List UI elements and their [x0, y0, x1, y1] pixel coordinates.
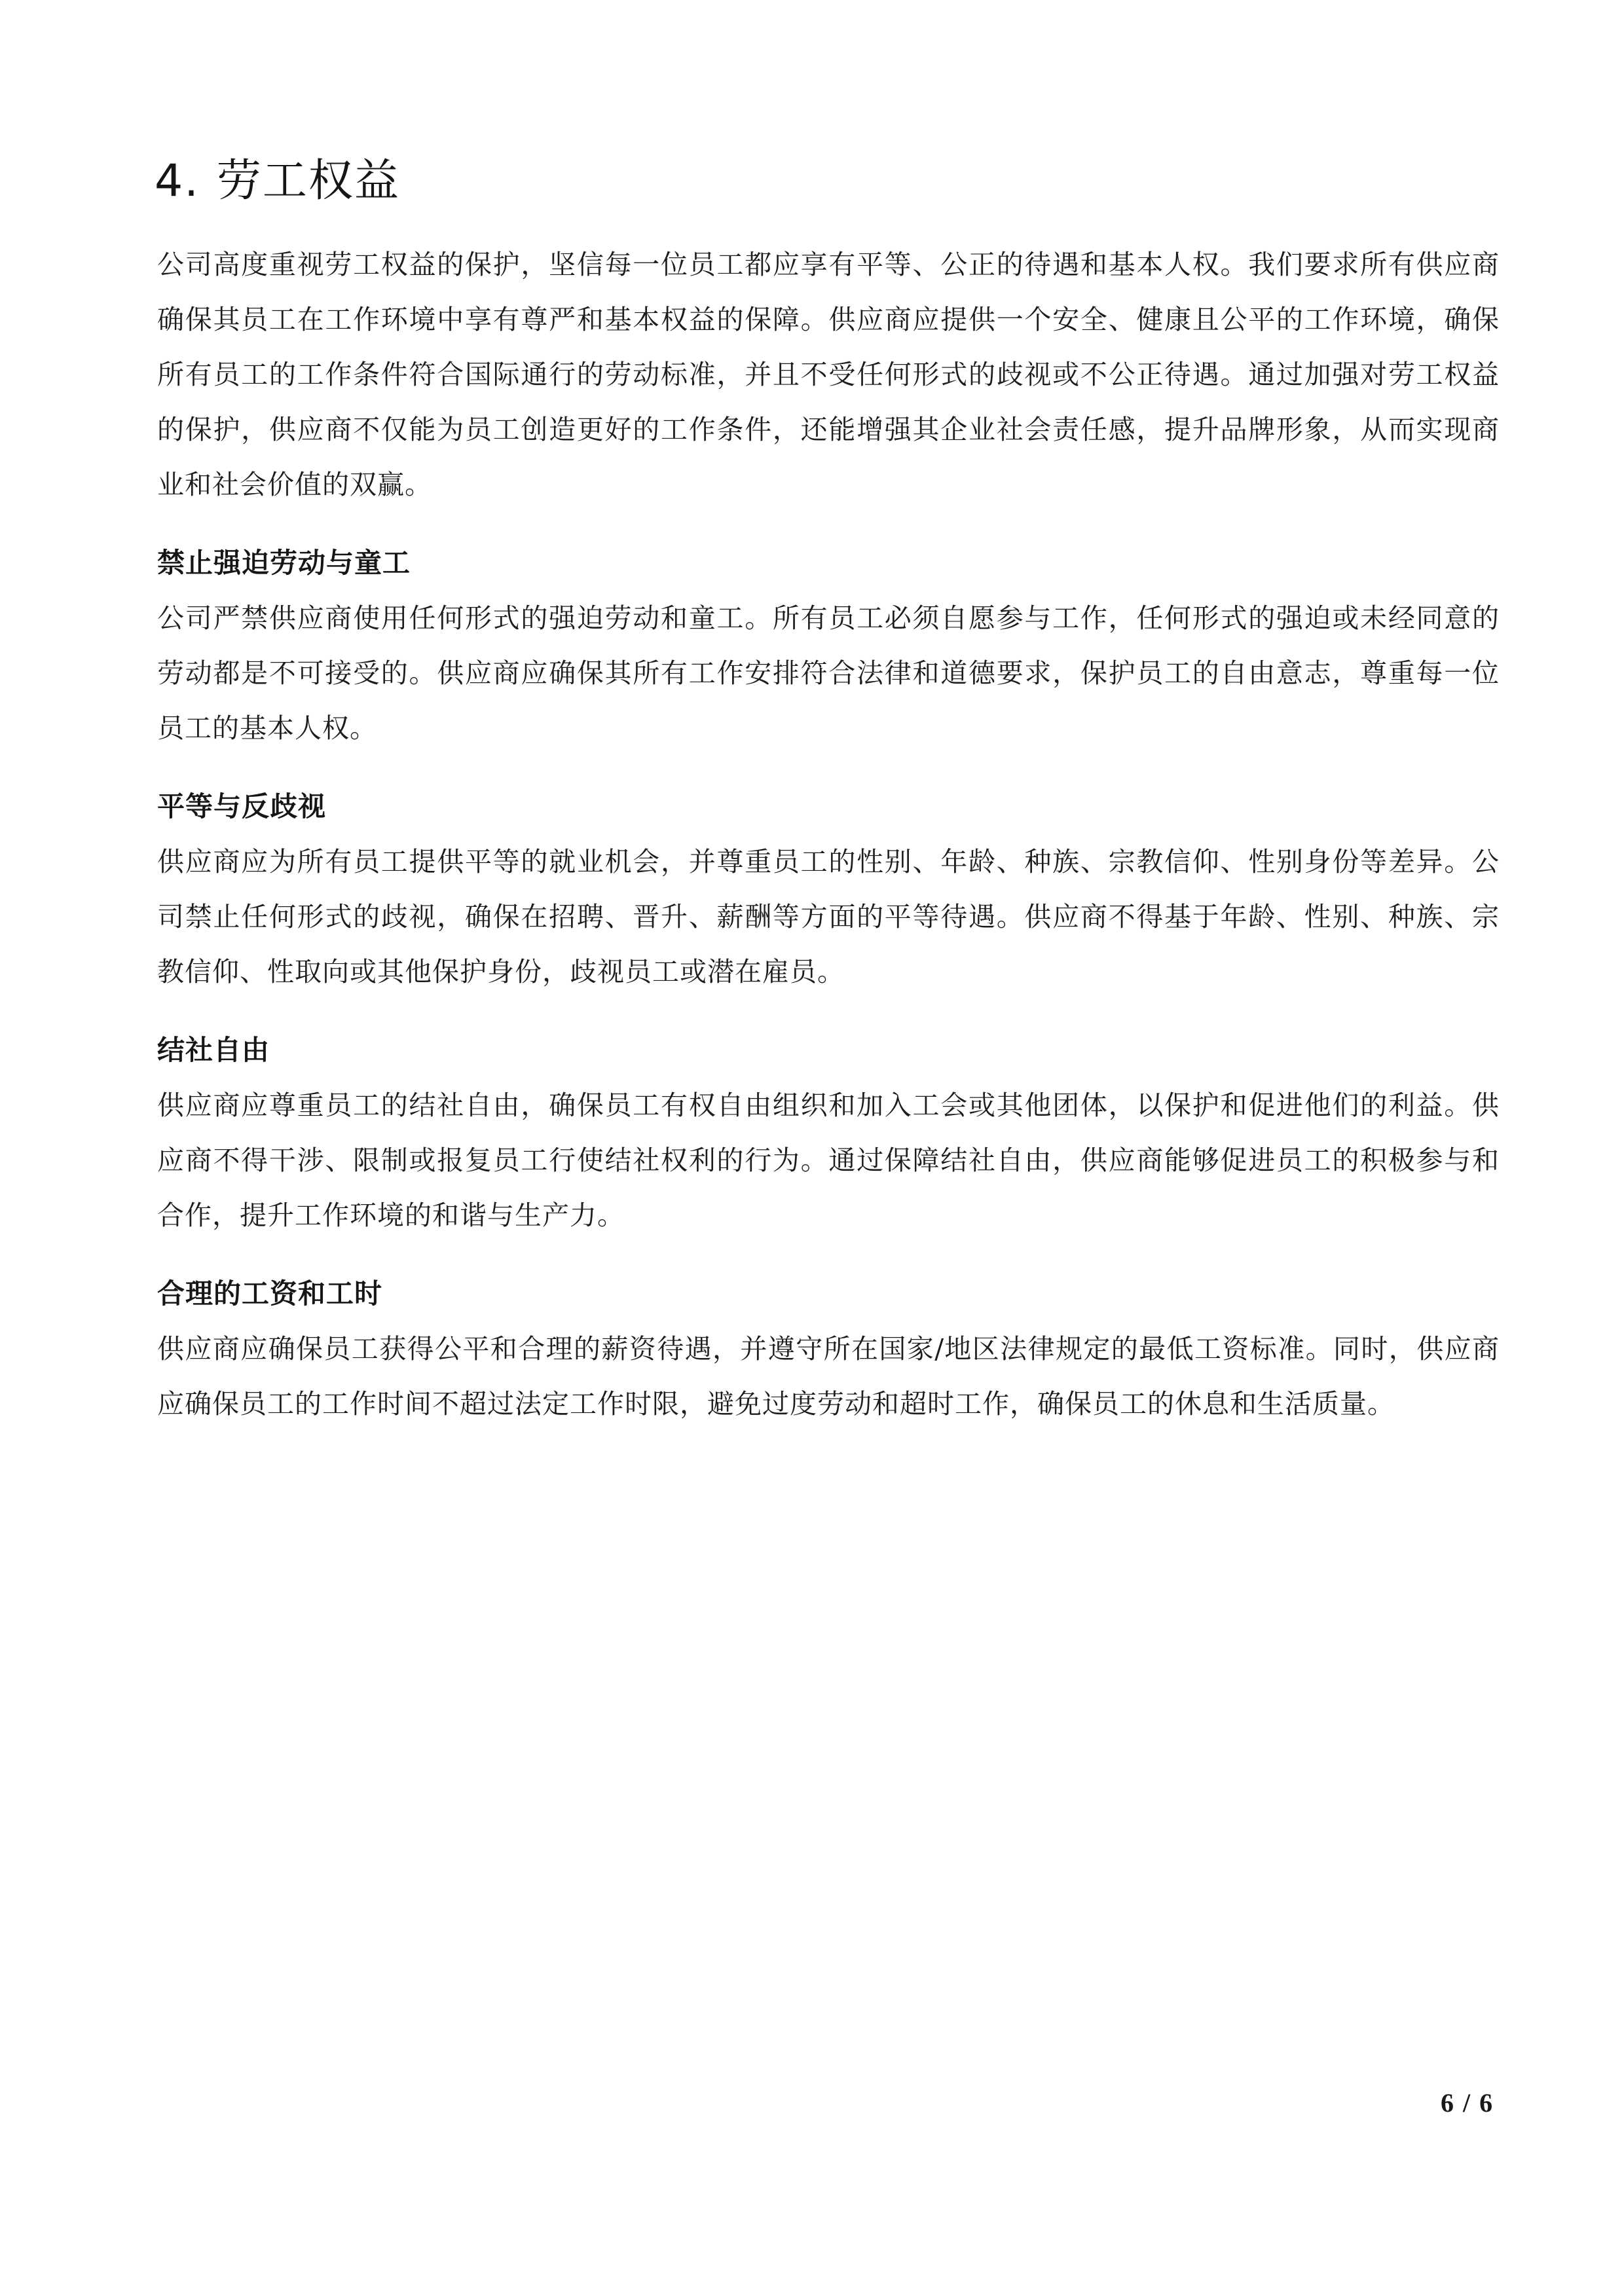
subsection-heading: 禁止强迫劳动与童工 — [157, 536, 1500, 591]
subsection-body: 公司严禁供应商使用任何形式的强迫劳动和童工。所有员工必须自愿参与工作，任何形式的… — [157, 591, 1500, 756]
subsection-heading: 合理的工资和工时 — [157, 1266, 1500, 1321]
subsection-heading: 结社自由 — [157, 1023, 1500, 1078]
subsection-heading: 平等与反歧视 — [157, 779, 1500, 834]
subsection-body: 供应商应尊重员工的结社自由，确保员工有权自由组织和加入工会或其他团体，以保护和促… — [157, 1078, 1500, 1243]
section-number: 4. — [155, 155, 200, 207]
section-title-text: 劳工权益 — [217, 155, 400, 207]
subsection-forced-labor: 禁止强迫劳动与童工 公司严禁供应商使用任何形式的强迫劳动和童工。所有员工必须自愿… — [157, 536, 1500, 756]
intro-block: 公司高度重视劳工权益的保护，坚信每一位员工都应享有平等、公正的待遇和基本人权。我… — [157, 237, 1500, 512]
document-page: 4.劳工权益 公司高度重视劳工权益的保护，坚信每一位员工都应享有平等、公正的待遇… — [0, 0, 1624, 2295]
subsection-wages-hours: 合理的工资和工时 供应商应确保员工获得公平和合理的薪资待遇，并遵守所在国家/地区… — [157, 1266, 1500, 1431]
subsection-body: 供应商应为所有员工提供平等的就业机会，并尊重员工的性别、年龄、种族、宗教信仰、性… — [157, 834, 1500, 999]
subsection-equality: 平等与反歧视 供应商应为所有员工提供平等的就业机会，并尊重员工的性别、年龄、种族… — [157, 779, 1500, 999]
intro-paragraph: 公司高度重视劳工权益的保护，坚信每一位员工都应享有平等、公正的待遇和基本人权。我… — [157, 237, 1500, 512]
page-number: 6 / 6 — [1441, 2087, 1494, 2118]
subsection-body: 供应商应确保员工获得公平和合理的薪资待遇，并遵守所在国家/地区法律规定的最低工资… — [157, 1321, 1500, 1431]
subsection-freedom-of-association: 结社自由 供应商应尊重员工的结社自由，确保员工有权自由组织和加入工会或其他团体，… — [157, 1023, 1500, 1243]
section-title: 4.劳工权益 — [155, 152, 400, 211]
